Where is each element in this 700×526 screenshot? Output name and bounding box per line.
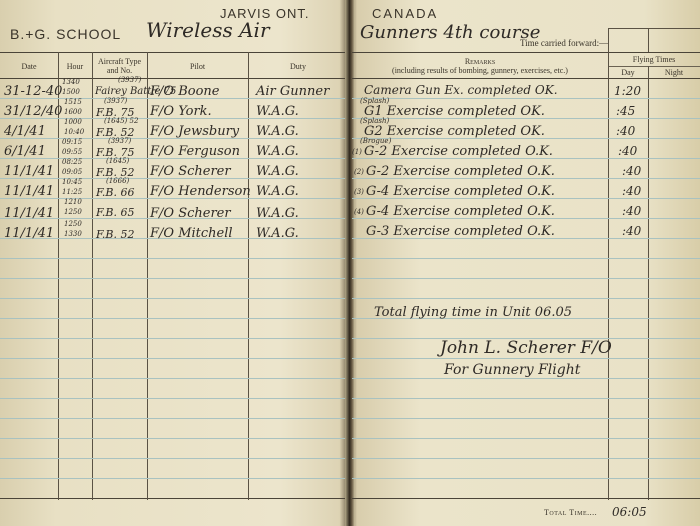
time-carried-forward-label: Time carried forward:— [520,38,608,48]
col-header-flying-times: Flying Times [608,53,700,66]
col-header-remarks: Remarks (including results of bombing, g… [352,54,608,78]
pilot-cell: F/O Boone [150,84,219,99]
aircraft-cell: F.B. 65 [96,206,135,219]
total-time-label: Total Time.... [544,508,597,517]
pilot-cell: F/O Scherer [150,164,231,179]
remark-text: G-3 Exercise completed O.K. [366,224,555,239]
hour-end: 09:05 [62,168,82,176]
col-divider [92,52,93,500]
day-time: :40 [618,144,637,158]
duty-cell: W.A.G. [256,164,299,179]
col-header-hour: Hour [58,54,92,78]
remark-prefix: (3) [354,188,364,196]
aircraft-note: (1645) 52 [104,117,138,125]
logbook-spread: B.+G. SCHOOL Wireless Air JARVIS ONT. Da… [0,0,700,526]
date-cell: 31-12-40 [4,84,62,99]
day-time: :40 [622,224,641,238]
duty-cell: W.A.G. [256,124,299,139]
day-time: :40 [622,184,641,198]
col-divider [608,52,609,500]
hour-end: 10:40 [64,128,84,136]
col-header-aircraft: Aircraft Type and No. [92,54,147,78]
remark-prefix: (4) [354,208,364,216]
remark-prefix: (2) [354,168,364,176]
duty-cell: W.A.G. [256,226,299,241]
date-cell: 11/1/41 [4,184,54,199]
hour-start: 09:15 [62,138,82,146]
hour-end: 1500 [62,88,80,96]
header-top-rule [0,52,348,53]
day-time: :40 [616,124,635,138]
day-time: :40 [622,164,641,178]
hour-start: 1515 [64,98,82,106]
col-divider [58,52,59,500]
pilot-cell: F/O Scherer [150,206,231,221]
hour-start: 08:25 [62,158,82,166]
pilot-cell: F/O Mitchell [150,226,233,241]
aircraft-note: (3937) [104,97,127,105]
duty-cell: W.A.G. [256,184,299,199]
header-bottom-rule [0,78,348,79]
date-cell: 11/1/41 [4,226,54,241]
signature-role: For Gunnery Flight [444,362,580,378]
carried-forward-box [648,28,649,52]
remark-prefix: (1) [352,148,362,156]
footer-rule [0,498,348,499]
pilot-cell: F/O Henderson [150,184,251,199]
carried-forward-box [608,28,700,29]
hour-start: 10:45 [62,178,82,186]
col-divider [147,52,148,500]
remark-text: G-4 Exercise completed O.K. [366,204,555,219]
total-time-value: 06:05 [612,505,647,519]
col-divider [648,66,649,500]
day-time: 1:20 [614,84,641,98]
date-cell: 31/12/40 [4,104,62,119]
hour-start: 1210 [64,198,82,206]
left-page: B.+G. SCHOOL Wireless Air JARVIS ONT. Da… [0,0,348,526]
school-name: B.+G. SCHOOL [10,26,121,42]
remark-text: G-4 Exercise completed O.K. [366,184,555,199]
pilot-cell: F/O Ferguson [150,144,240,159]
aircraft-note: (1666) [106,177,129,185]
hour-end: 1330 [64,230,82,238]
day-time: :45 [616,104,635,118]
col-header-date: Date [0,54,58,78]
duty-cell: W.A.G. [256,104,299,119]
duty-cell: Air Gunner [256,84,329,99]
right-page: CANADA Gunners 4th course Time carried f… [352,0,700,526]
aircraft-cell: F.B. 66 [96,186,135,199]
date-cell: 4/1/41 [4,124,46,139]
hour-end: 1250 [64,208,82,216]
remark-text: G-2 Exercise completed O.K. [366,164,555,179]
aircraft-cell: F.B. 52 [96,228,135,241]
total-flying-note: Total flying time in Unit 06.05 [374,305,572,320]
col-header-pilot: Pilot [147,54,248,78]
remarks-title: Remarks [465,57,495,66]
remark-text: G1 Exercise completed OK. [364,104,545,119]
aircraft-note: (3937) [108,137,131,145]
col-header-day: Day [608,66,648,78]
carried-forward-box [608,28,609,52]
remark-text: Camera Gun Ex. completed OK. [364,83,558,97]
date-cell: 6/1/41 [4,144,46,159]
hour-start: 1000 [64,118,82,126]
col-divider [248,52,249,500]
col-header-duty: Duty [248,54,348,78]
date-cell: 11/1/41 [4,206,54,221]
location-left: JARVIS ONT. [220,6,310,21]
course-title-left: Wireless Air [146,18,270,42]
location-right: CANADA [372,6,438,21]
hour-end: 1600 [64,108,82,116]
day-time: :40 [622,204,641,218]
signature: John L. Scherer F/O [440,338,612,358]
hour-end: 11:25 [62,188,82,196]
remark-text: G-2 Exercise completed O.K. [364,144,553,159]
duty-cell: W.A.G. [256,144,299,159]
date-cell: 11/1/41 [4,164,54,179]
hour-start: 1250 [64,220,82,228]
hour-start: 1340 [62,78,80,86]
pilot-cell: F/O York. [150,104,212,119]
aircraft-note: (3937) [118,76,141,84]
hour-end: 09:55 [62,148,82,156]
remarks-subtitle: (including results of bombing, gunnery, … [392,66,568,75]
course-title-right: Gunners 4th course [360,22,540,43]
pilot-cell: F/O Jewsbury [150,124,239,139]
col-header-night: Night [648,66,700,78]
aircraft-note: (1645) [106,157,129,165]
duty-cell: W.A.G. [256,206,299,221]
